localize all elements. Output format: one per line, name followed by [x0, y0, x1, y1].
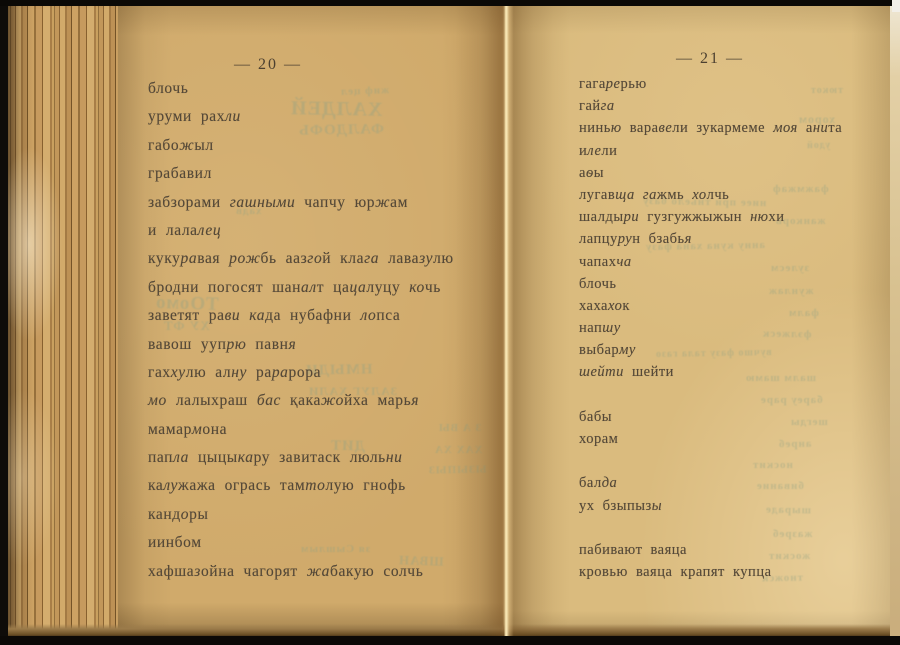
poem-text-segment: қака — [281, 392, 321, 409]
poem-text-segment: ли — [601, 143, 617, 159]
poem-text-segment — [635, 187, 643, 203]
poem-text-segment: ы — [594, 165, 604, 181]
poem-text-segment: чапчу юр — [295, 194, 375, 211]
poem-text-segment: го — [307, 250, 322, 267]
poem-text-segment: бабы — [579, 409, 612, 425]
poem-text-segment: она — [202, 421, 227, 438]
poem-text-segment: лю — [433, 250, 454, 267]
poem-line: заветят рави када нубафни лопса — [148, 307, 454, 335]
poem-text-segment: луцу — [366, 279, 409, 296]
poem-text-segment: ал — [301, 279, 317, 296]
poem-text-segment: жмь — [657, 187, 692, 203]
poem-text-segment: я — [685, 231, 692, 247]
poem-line: и лалалец — [148, 222, 454, 250]
poem-text-segment: ѳ — [586, 165, 594, 181]
poem-text-segment: ни — [813, 120, 828, 136]
poem-text-segment: хорам — [579, 431, 618, 447]
poem-text-segment: к — [622, 298, 630, 314]
poem-line: лугавща гажмь холчь — [579, 187, 842, 209]
poem-text-segment: я — [411, 392, 419, 409]
poem-text-segment: да — [602, 475, 618, 491]
poem-text-segment: рора — [289, 364, 322, 381]
poem-text-segment: кровью ваяца крапят купца — [579, 564, 772, 580]
poem-line: гайга — [579, 98, 842, 120]
poem-text-segment: лугав — [579, 187, 615, 203]
poem-text-segment: ри — [624, 209, 640, 225]
poem-text-segment: га — [643, 187, 657, 203]
poem-text-segment: лапцу — [579, 231, 618, 247]
poem-text-segment: ка — [238, 449, 254, 466]
poem-text-segment: ра — [272, 364, 289, 381]
poem-text-segment: да нубафни — [265, 307, 360, 324]
poem-text-segment: ла — [173, 449, 189, 466]
poem-text-segment: ка — [148, 477, 163, 494]
poem-text-segment: хаха — [579, 298, 608, 314]
poem-text-segment: ра — [247, 364, 272, 381]
poem-text-segment: ух бзыпыз — [579, 498, 652, 514]
poem-line: гагарерью — [579, 76, 842, 98]
poem-line: кандоры — [148, 506, 454, 534]
poem-text-segment: ру завитаск люль — [254, 449, 386, 466]
poem-text-segment: грабавил — [148, 165, 212, 182]
poem-text-segment: лу — [163, 477, 178, 494]
poem-text-segment: жа — [307, 563, 330, 580]
poem-line: ух бзыпызы — [579, 498, 842, 520]
poem-line: выбарму — [579, 342, 842, 364]
poem-text-segment: блочь — [579, 276, 617, 292]
poem-text-segment: ж — [179, 137, 194, 154]
poem-text-segment: лава — [379, 250, 419, 267]
page-edges-stack — [8, 4, 126, 636]
poem-text-segment: га — [601, 98, 615, 114]
poem-text-segment: хо — [692, 187, 706, 203]
poem-text-segment: хо — [608, 298, 622, 314]
poem-text-segment: га — [364, 250, 379, 267]
poem-text-segment: бас — [257, 392, 281, 409]
poem-text-segment: бь ааз — [260, 250, 307, 267]
poem-text-segment: м — [192, 421, 203, 438]
poem-text-segment: ху — [171, 364, 186, 381]
poem-text-segment: нап — [579, 320, 602, 336]
poem-text-segment: гузгужжыжын — [639, 209, 750, 225]
poem-line: папла цыцыкару завитаск люльни — [148, 449, 454, 477]
poem-text-segment: забзорами — [148, 194, 230, 211]
poem-text-segment: павн — [246, 336, 288, 353]
poem-text-segment: ло — [360, 307, 376, 324]
poem-text-segment: мо — [148, 392, 167, 409]
poem-line: мамармона — [148, 421, 454, 449]
poem-line: калужажа огрась тамтолую гнофь — [148, 477, 454, 505]
poem-line: хафшазойна чагорят жабакую солчь — [148, 563, 454, 591]
poem-text-segment: з — [194, 563, 201, 580]
poem-text-segment: габо — [148, 137, 179, 154]
poem-line: бродни погосят шаналт цацалуцу кочь — [148, 279, 454, 307]
poem-text-segment: гага — [579, 76, 606, 92]
poem-line: напшу — [579, 320, 842, 342]
poem-line: шейти шейти — [579, 364, 842, 386]
poem-line: кровью ваяца крапят купца — [579, 564, 842, 586]
poem-text-segment: ре — [606, 76, 621, 92]
poem-line: балда — [579, 475, 842, 497]
poem-line: бабы — [579, 409, 842, 431]
poem-text-segment: а — [798, 120, 813, 136]
poem-text-segment: пса — [376, 307, 400, 324]
poem-text-segment: ни — [386, 449, 403, 466]
poem-text-segment: моя — [773, 120, 798, 136]
poem-line: грабавил — [148, 165, 454, 193]
poem-text-segment: куку — [148, 250, 181, 267]
poem-text-segment: уруми рах — [148, 108, 225, 125]
poem-text-segment: пабивают ваяца — [579, 542, 687, 558]
poem-text-segment: пап — [148, 449, 173, 466]
poem-text-segment: вая — [197, 250, 229, 267]
poem-text-segment: ца — [349, 279, 366, 296]
poem-text-segment: йха марь — [344, 392, 411, 409]
poem-line: хахахок — [579, 298, 842, 320]
poem-line-blank — [579, 453, 842, 475]
page-number-right: — 21 — — [655, 50, 765, 68]
poem-text-segment: шалды — [579, 209, 624, 225]
scan-background-top — [0, 0, 892, 6]
left-page: жиф целХАЛДЕЙФАЛДОФЬхадвТОомоХУ ФТНМЫДИЗ… — [118, 4, 503, 634]
poem-text-segment: т ца — [317, 279, 350, 296]
poem-text-segment — [240, 307, 249, 324]
poem-text-segment: ю — [611, 120, 622, 136]
poem-text-segment: ры — [189, 506, 208, 523]
poem-line: блочь — [579, 276, 842, 298]
poem-text-segment: ыл — [194, 137, 213, 154]
poem-text-segment: заветят ра — [148, 307, 225, 324]
scan-background-bottom — [0, 636, 900, 645]
poem-text-segment: ка — [249, 307, 265, 324]
poem-text-segment: вавош ууп — [148, 336, 226, 353]
poem-text-segment: ча — [616, 254, 631, 270]
poem-text-segment: бал — [579, 475, 602, 491]
poem-text-segment: ко — [409, 279, 425, 296]
poem-text-segment: жажа огрась там — [178, 477, 305, 494]
poem-text-segment: зу — [419, 250, 433, 267]
poem-text-segment: лчь — [707, 187, 730, 203]
poem-text-segment: ве — [659, 120, 673, 136]
poem-text-segment: му — [619, 342, 636, 358]
poem-text-segment: й кла — [322, 250, 364, 267]
poem-text-segment: выбар — [579, 342, 619, 358]
poem-text-segment: та — [828, 120, 842, 136]
book-scan: жиф целХАЛДЕЙФАЛДОФЬхадвТОомоХУ ФТНМЫДИЗ… — [0, 0, 900, 645]
left-page-text: блочьуруми рахлигабожылграбавилзабзорами… — [148, 80, 454, 591]
poem-text-segment: шу — [602, 320, 620, 336]
poem-line: кукуравая рожбь аазгой клага лавазулю — [148, 250, 454, 278]
poem-text-segment: н бзабь — [632, 231, 684, 247]
poem-line: вавош уупрю павня — [148, 336, 454, 364]
poem-text-segment: то — [305, 477, 325, 494]
poem-text-segment: о — [181, 506, 189, 523]
poem-line: пабивают ваяца — [579, 542, 842, 564]
poem-text-segment: жо — [321, 392, 344, 409]
poem-text-segment: шейти — [624, 364, 674, 380]
poem-text-segment: гах — [148, 364, 171, 381]
poem-text-segment: нинь — [579, 120, 611, 136]
poem-text-segment: ы — [652, 498, 662, 514]
poem-text-segment: чапах — [579, 254, 616, 270]
poem-line: нинью варавели зукармеме моя анита — [579, 120, 842, 142]
poem-text-segment: хи — [769, 209, 785, 225]
poem-text-segment: лалыхраш — [167, 392, 257, 409]
poem-text-segment: ща — [615, 187, 635, 203]
poem-line-blank — [579, 520, 842, 542]
poem-text-segment: рож — [229, 250, 260, 267]
poem-line: иинбом — [148, 534, 454, 562]
poem-line: мо лалыхраш бас қакажойха марья — [148, 392, 454, 420]
poem-text-segment: я — [289, 336, 297, 353]
poem-text-segment: блочь — [148, 80, 188, 97]
poem-line: габожыл — [148, 137, 454, 165]
scan-corner-highlight — [892, 0, 900, 12]
poem-text-segment: лец — [198, 222, 222, 239]
poem-line: забзорами гашными чапчу юржам — [148, 194, 454, 222]
right-page: тюкотхоромудойфажмжафниее при тньело баз… — [503, 2, 890, 636]
poem-text-segment: бакую солчь — [330, 563, 423, 580]
poem-text-segment: ра — [181, 250, 198, 267]
poem-line: уруми рахли — [148, 108, 454, 136]
poem-text-segment: хафша — [148, 563, 194, 580]
poem-text-segment: рю — [226, 336, 246, 353]
poem-text-segment: ли зукармеме — [672, 120, 773, 136]
poem-text-segment: гай — [579, 98, 601, 114]
poem-text-segment: рью — [620, 76, 646, 92]
poem-text-segment: и лала — [148, 222, 198, 239]
poem-text-segment: ви — [225, 307, 241, 324]
poem-text-segment: шейти — [579, 364, 624, 380]
poem-text-segment: гашными — [230, 194, 296, 211]
poem-text-segment: а — [579, 165, 586, 181]
poem-text-segment: ле — [587, 143, 601, 159]
poem-line: аѳы — [579, 165, 842, 187]
poem-line: лапцурун бзабья — [579, 231, 842, 253]
poem-text-segment: бродни погосят шан — [148, 279, 301, 296]
poem-line: чапахча — [579, 254, 842, 276]
page-number-left: — 20 — — [213, 56, 323, 74]
poem-text-segment: канд — [148, 506, 181, 523]
poem-line: гаххулю алну рарарора — [148, 364, 454, 392]
poem-text-segment: мамар — [148, 421, 192, 438]
poem-text-segment: ну — [231, 364, 247, 381]
poem-text-segment: лю ал — [186, 364, 231, 381]
poem-text-segment: лую гнофь — [325, 477, 405, 494]
poem-text-segment: чь — [425, 279, 441, 296]
right-page-text: гагарерьюгайганинью варавели зукармеме м… — [579, 76, 842, 586]
poem-text-segment: ж — [375, 194, 390, 211]
poem-text-segment: ню — [750, 209, 768, 225]
poem-text-segment: ам — [390, 194, 408, 211]
poem-line: блочь — [148, 80, 454, 108]
poem-text-segment: ли — [225, 108, 241, 125]
poem-line: хорам — [579, 431, 842, 453]
poem-text-segment: ру — [618, 231, 633, 247]
poem-line: илели — [579, 143, 842, 165]
poem-text-segment: ойна чагорят — [201, 563, 307, 580]
poem-line: шалдыри гузгужжыжын нюхи — [579, 209, 842, 231]
poem-line-blank — [579, 387, 842, 409]
poem-text-segment: цыцы — [189, 449, 238, 466]
poem-text-segment: вара — [622, 120, 659, 136]
poem-text-segment: иинбом — [148, 534, 202, 551]
